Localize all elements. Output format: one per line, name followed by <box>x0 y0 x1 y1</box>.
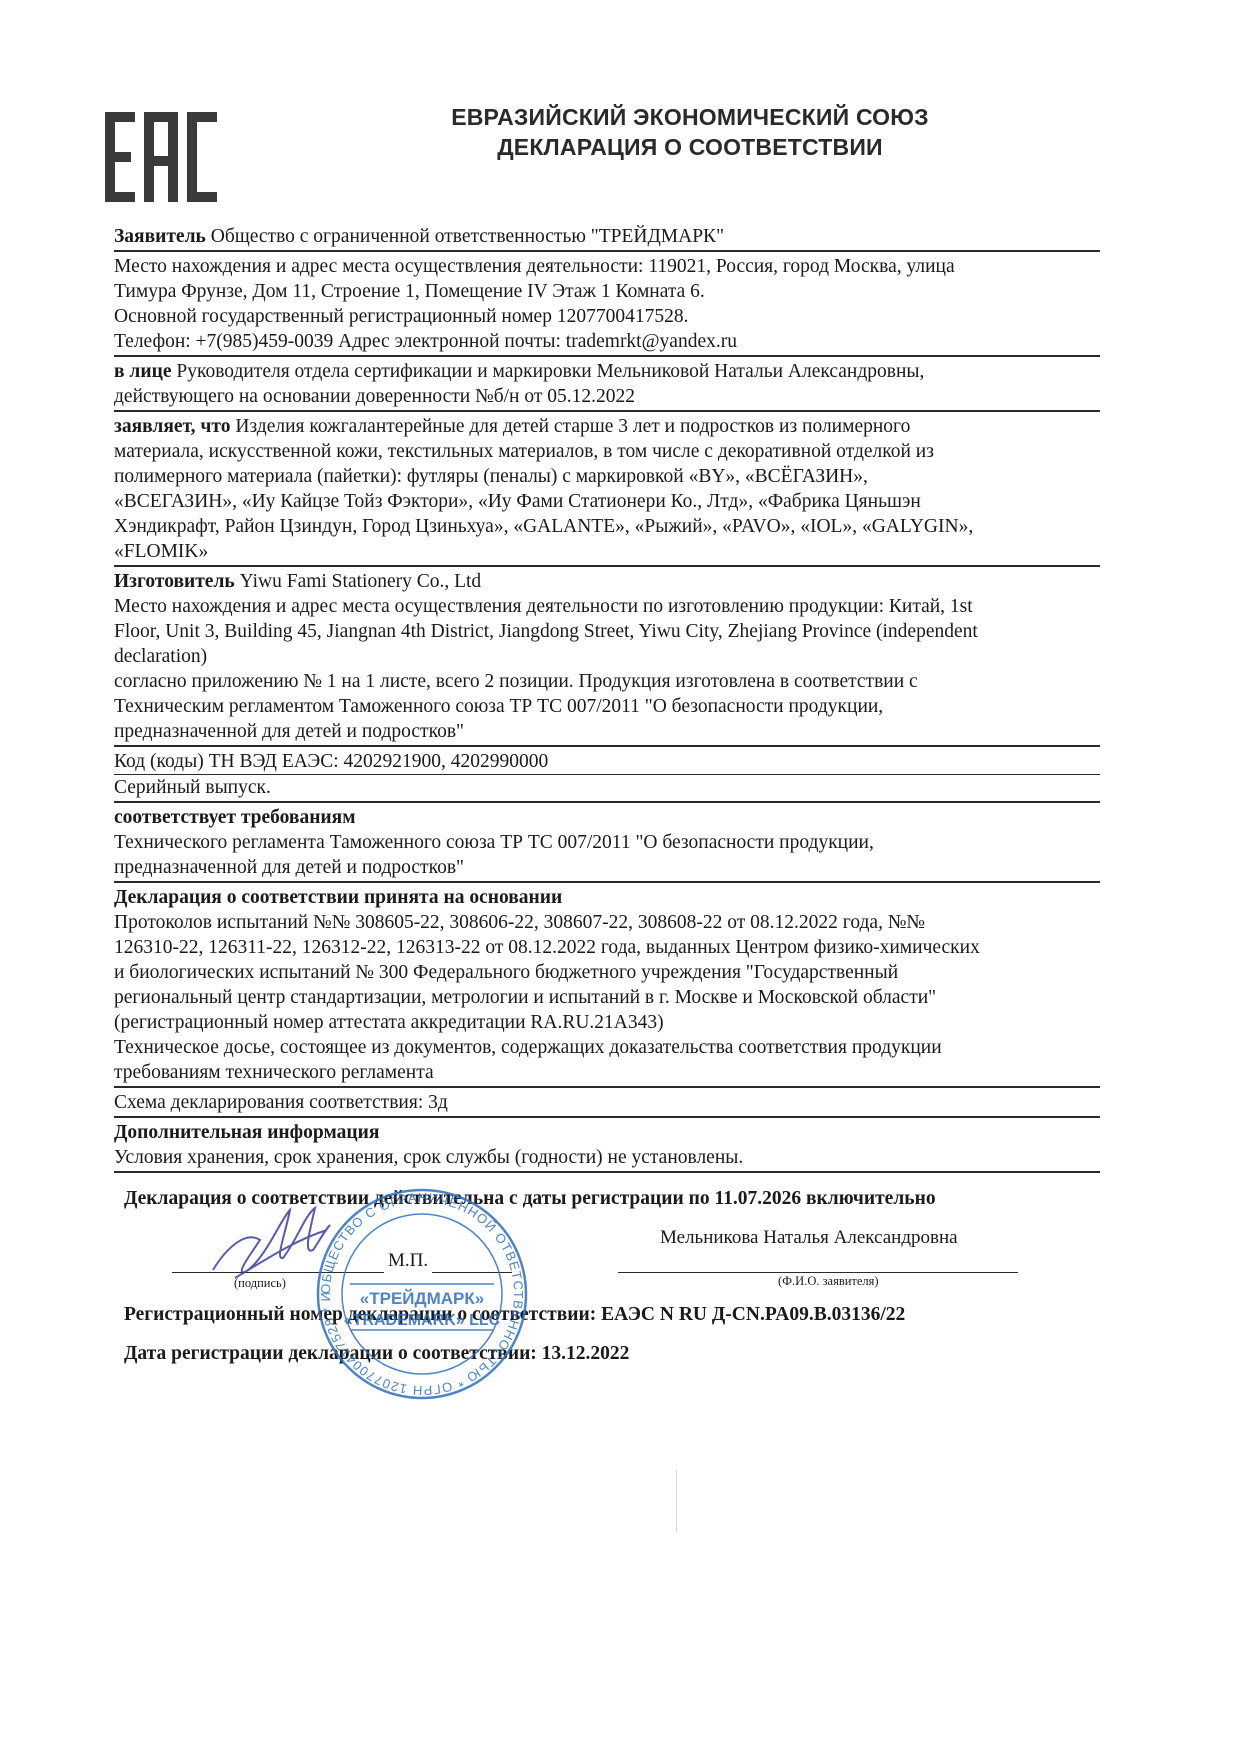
conforms-line-1: Технического регламента Таможенного союз… <box>114 830 1100 855</box>
product-line-3: полимерного материала (пайетки): футляры… <box>114 464 1100 489</box>
seal-line <box>432 1272 512 1273</box>
manufacturer-name: Yiwu Fami Stationery Co., Ltd <box>235 571 481 592</box>
annex-line-2: Техническим регламентом Таможенного союз… <box>114 694 1100 719</box>
product-line-4: «ВСЕГАЗИН», «Иу Кайцзе Тойз Фэктори», «И… <box>114 489 1100 514</box>
registration-date-label: Дата регистрации декларации о соответств… <box>124 1343 542 1364</box>
name-line <box>618 1272 1018 1273</box>
eac-logo <box>105 112 225 202</box>
svg-text:ОБЩЕСТВО С ОГРАНИЧЕННОЙ ОТВЕТС: ОБЩЕСТВО С ОГРАНИЧЕННОЙ ОТВЕТСТВЕННОСТЬЮ… <box>312 1188 526 1398</box>
registration-number-label: Регистрационный номер декларации о соотв… <box>124 1304 601 1325</box>
basis-line-5: (регистрационный номер аттестата аккреди… <box>114 1010 1100 1035</box>
validity-statement: Декларация о соответствии действительна … <box>124 1188 936 1210</box>
document-header: ЕВРАЗИЙСКИЙ ЭКОНОМИЧЕСКИЙ СОЮЗ ДЕКЛАРАЦИ… <box>300 102 1080 162</box>
signature-caption: (подпись) <box>234 1276 286 1291</box>
declares-label: заявляет, что <box>114 416 231 437</box>
registration-date-row: Дата регистрации декларации о соответств… <box>124 1343 629 1365</box>
representative-line-1: Руководителя отдела сертификации и марки… <box>171 361 924 382</box>
signature-line <box>172 1272 384 1273</box>
representative-label: в лице <box>114 361 171 382</box>
annex-line-3: предназначенной для детей и подростков" <box>114 719 1100 744</box>
registration-number: ЕАЭС N RU Д-CN.PA09.B.03136/22 <box>601 1304 905 1325</box>
declaration-scheme: Схема декларирования соответствия: 3д <box>114 1090 1100 1118</box>
basis-label: Декларация о соответствии принята на осн… <box>114 885 1100 910</box>
basis-line-3: и биологических испытаний № 300 Федераль… <box>114 960 1100 985</box>
basis-line-2: 126310-22, 126311-22, 126312-22, 126313-… <box>114 935 1100 960</box>
signatory-name: Мельникова Наталья Александровна <box>660 1227 958 1249</box>
conforms-section: соответствует требованиям Технического р… <box>114 805 1100 883</box>
basis-line-1: Протоколов испытаний №№ 308605-22, 30860… <box>114 910 1100 935</box>
hs-codes: Код (коды) ТН ВЭД ЕАЭС: 4202921900, 4202… <box>114 749 1100 775</box>
manufacturer-label: Изготовитель <box>114 571 235 592</box>
applicant-ogrn: Основной государственный регистрационный… <box>114 304 1100 329</box>
basis-section: Декларация о соответствии принята на осн… <box>114 885 1100 1088</box>
applicant-address-2: Тимура Фрунзе, Дом 11, Строение 1, Помещ… <box>114 279 1100 304</box>
eac-letter-e-icon <box>105 112 135 202</box>
seal-placeholder: М.П. <box>388 1250 428 1272</box>
declaration-body: Заявитель Общество с ограниченной ответс… <box>114 224 1100 1175</box>
applicant-address-1: Место нахождения и адрес места осуществл… <box>114 254 1100 279</box>
product-line-6: «FLOMIK» <box>114 539 1100 564</box>
applicant-details: Место нахождения и адрес места осуществл… <box>114 254 1100 357</box>
product-line-1: Изделия кожгалантерейные для детей старш… <box>231 416 911 437</box>
manufacturer-address-2: Floor, Unit 3, Building 45, Jiangnan 4th… <box>114 619 1100 644</box>
annex-line-1: согласно приложению № 1 на 1 листе, всег… <box>114 669 1100 694</box>
basis-line-4: региональный центр стандартизации, метро… <box>114 985 1100 1010</box>
representative-section: в лице Руководителя отдела сертификации … <box>114 359 1100 412</box>
product-line-2: материала, искусственной кожи, текстильн… <box>114 439 1100 464</box>
applicant-row: Заявитель Общество с ограниченной ответс… <box>114 224 1100 252</box>
name-caption: (Ф.И.О. заявителя) <box>778 1274 879 1289</box>
conforms-label: соответствует требованиям <box>114 805 1100 830</box>
eac-letter-c-icon <box>187 112 217 202</box>
manufacturer-address-3: declaration) <box>114 644 1100 669</box>
applicant-name: Общество с ограниченной ответственностью… <box>206 226 724 247</box>
manufacturer-address-1: Место нахождения и адрес места осуществл… <box>114 594 1100 619</box>
declaration-title: ДЕКЛАРАЦИЯ О СООТВЕТСТВИИ <box>300 132 1080 162</box>
representative-line-2: действующего на основании доверенности №… <box>114 384 1100 409</box>
applicant-contacts: Телефон: +7(985)459-0039 Адрес электронн… <box>114 329 1100 354</box>
basis-line-6: Техническое досье, состоящее из документ… <box>114 1035 1100 1060</box>
applicant-label: Заявитель <box>114 226 206 247</box>
conforms-line-2: предназначенной для детей и подростков" <box>114 855 1100 880</box>
product-line-5: Хэндикрафт, Район Цзиндун, Город Цзиньху… <box>114 514 1100 539</box>
additional-label: Дополнительная информация <box>114 1120 1100 1145</box>
basis-line-7: требованиям технического регламента <box>114 1060 1100 1085</box>
registration-number-row: Регистрационный номер декларации о соотв… <box>124 1304 905 1326</box>
additional-section: Дополнительная информация Условия хранен… <box>114 1120 1100 1173</box>
manufacturer-section: Изготовитель Yiwu Fami Stationery Co., L… <box>114 569 1100 747</box>
company-stamp-icon: ОБЩЕСТВО С ОГРАНИЧЕННОЙ ОТВЕТСТВЕННОСТЬЮ… <box>312 1188 532 1400</box>
scan-artifact <box>676 1470 677 1532</box>
eac-letter-a-icon <box>144 112 178 202</box>
union-title: ЕВРАЗИЙСКИЙ ЭКОНОМИЧЕСКИЙ СОЮЗ <box>300 102 1080 132</box>
release-type: Серийный выпуск. <box>114 775 1100 803</box>
additional-text: Условия хранения, срок хранения, срок сл… <box>114 1145 1100 1170</box>
registration-date: 13.12.2022 <box>542 1343 630 1364</box>
declares-section: заявляет, что Изделия кожгалантерейные д… <box>114 414 1100 567</box>
